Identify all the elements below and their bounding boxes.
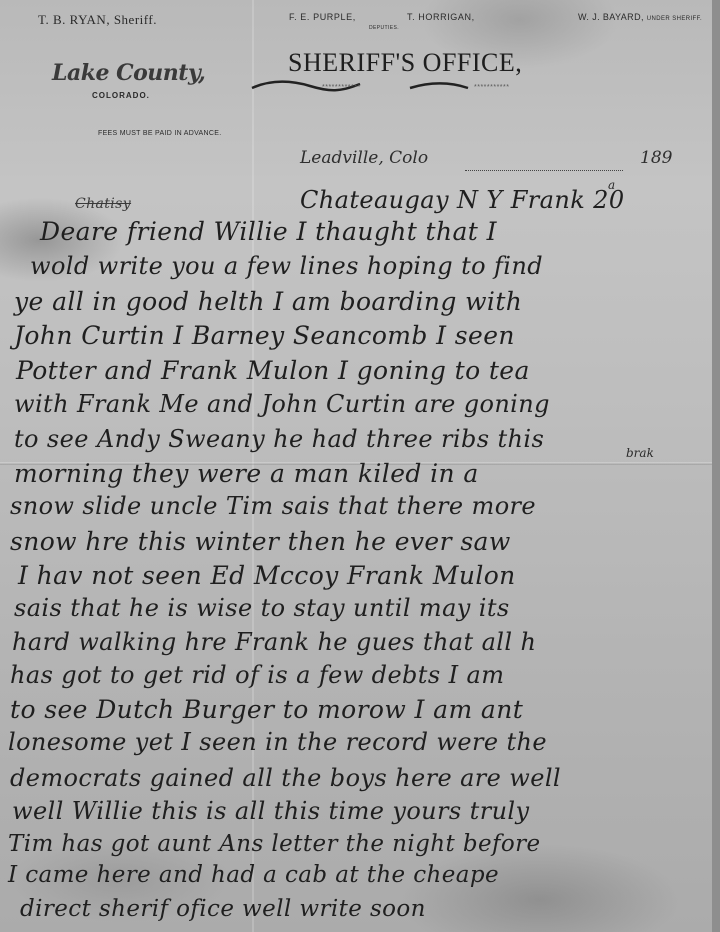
undersheriff-name: W. J. BAYARD, — [578, 12, 644, 22]
deputy-name-1: F. E. PURPLE, — [289, 12, 356, 22]
letter-line: I came here and had a cab at the cheape — [8, 862, 499, 888]
letter-page: T. B. RYAN, Sheriff. F. E. PURPLE, T. HO… — [0, 0, 712, 932]
letter-line: with Frank Me and John Curtin are goning — [14, 390, 550, 418]
letter-line: I hav not seen Ed Mccoy Frank Mulon — [18, 561, 516, 590]
letter-line: snow hre this winter then he ever saw — [10, 527, 511, 556]
letter-line: has got to get rid of is a few debts I a… — [10, 661, 504, 689]
undersheriff-title: UNDER SHERIFF. — [647, 16, 702, 22]
letter-line: to see Andy Sweany he had three ribs thi… — [14, 425, 544, 453]
state-name: COLORADO. — [92, 91, 150, 100]
letter-line: well Willie this is all this time yours … — [12, 797, 529, 825]
letter-line: democrats gained all the boys here are w… — [10, 764, 561, 792]
date-blank-line — [465, 170, 623, 171]
place-line: Leadville, Colo — [300, 148, 428, 168]
letter-line: morning they were a man kiled in a — [14, 459, 479, 488]
insertion-above-frank: a — [608, 178, 615, 192]
star-divider-2: *********** — [474, 84, 509, 91]
county-name: Lake County, — [52, 60, 205, 86]
year-prefix: 189 — [640, 148, 672, 168]
letter-line: Potter and Frank Mulon I goning to tea — [16, 356, 530, 385]
letter-line: ye all in good helth I am boarding with — [14, 287, 522, 316]
letter-line: hard walking hre Frank he gues that all … — [12, 628, 536, 656]
sheriff-name: T. B. RYAN, Sheriff. — [38, 12, 157, 28]
letter-line: wold write you a few lines hoping to fin… — [30, 252, 543, 280]
deputies-label: DEPUTIES. — [369, 25, 399, 31]
letter-heading: Chateaugay N Y Frank 20 — [300, 186, 625, 214]
letter-line: direct sherif ofice well write soon — [20, 896, 426, 922]
letter-line: snow slide uncle Tim sais that there mor… — [10, 492, 536, 520]
deputy-name-2: T. HORRIGAN, — [407, 12, 475, 22]
undersheriff: W. J. BAYARD, UNDER SHERIFF. — [578, 12, 702, 22]
letter-line: sais that he is wise to stay until may i… — [14, 594, 510, 622]
letter-line: Tim has got aunt Ans letter the night be… — [8, 831, 541, 857]
insertion-above-ribs: brak — [626, 446, 654, 460]
letter-line: John Curtin I Barney Seancomb I seen — [14, 321, 515, 350]
crossed-out-word: Chatisy — [75, 196, 131, 212]
office-title: SHERIFF'S OFFICE, — [288, 48, 522, 78]
letter-line: Deare friend Willie I thaught that I — [40, 217, 497, 246]
letter-line: to see Dutch Burger to morow I am ant — [10, 695, 523, 724]
fees-notice: FEES MUST BE PAID IN ADVANCE. — [98, 130, 221, 137]
letter-line: lonesome yet I seen in the record were t… — [8, 728, 547, 756]
star-divider-1: ************ — [322, 84, 361, 91]
